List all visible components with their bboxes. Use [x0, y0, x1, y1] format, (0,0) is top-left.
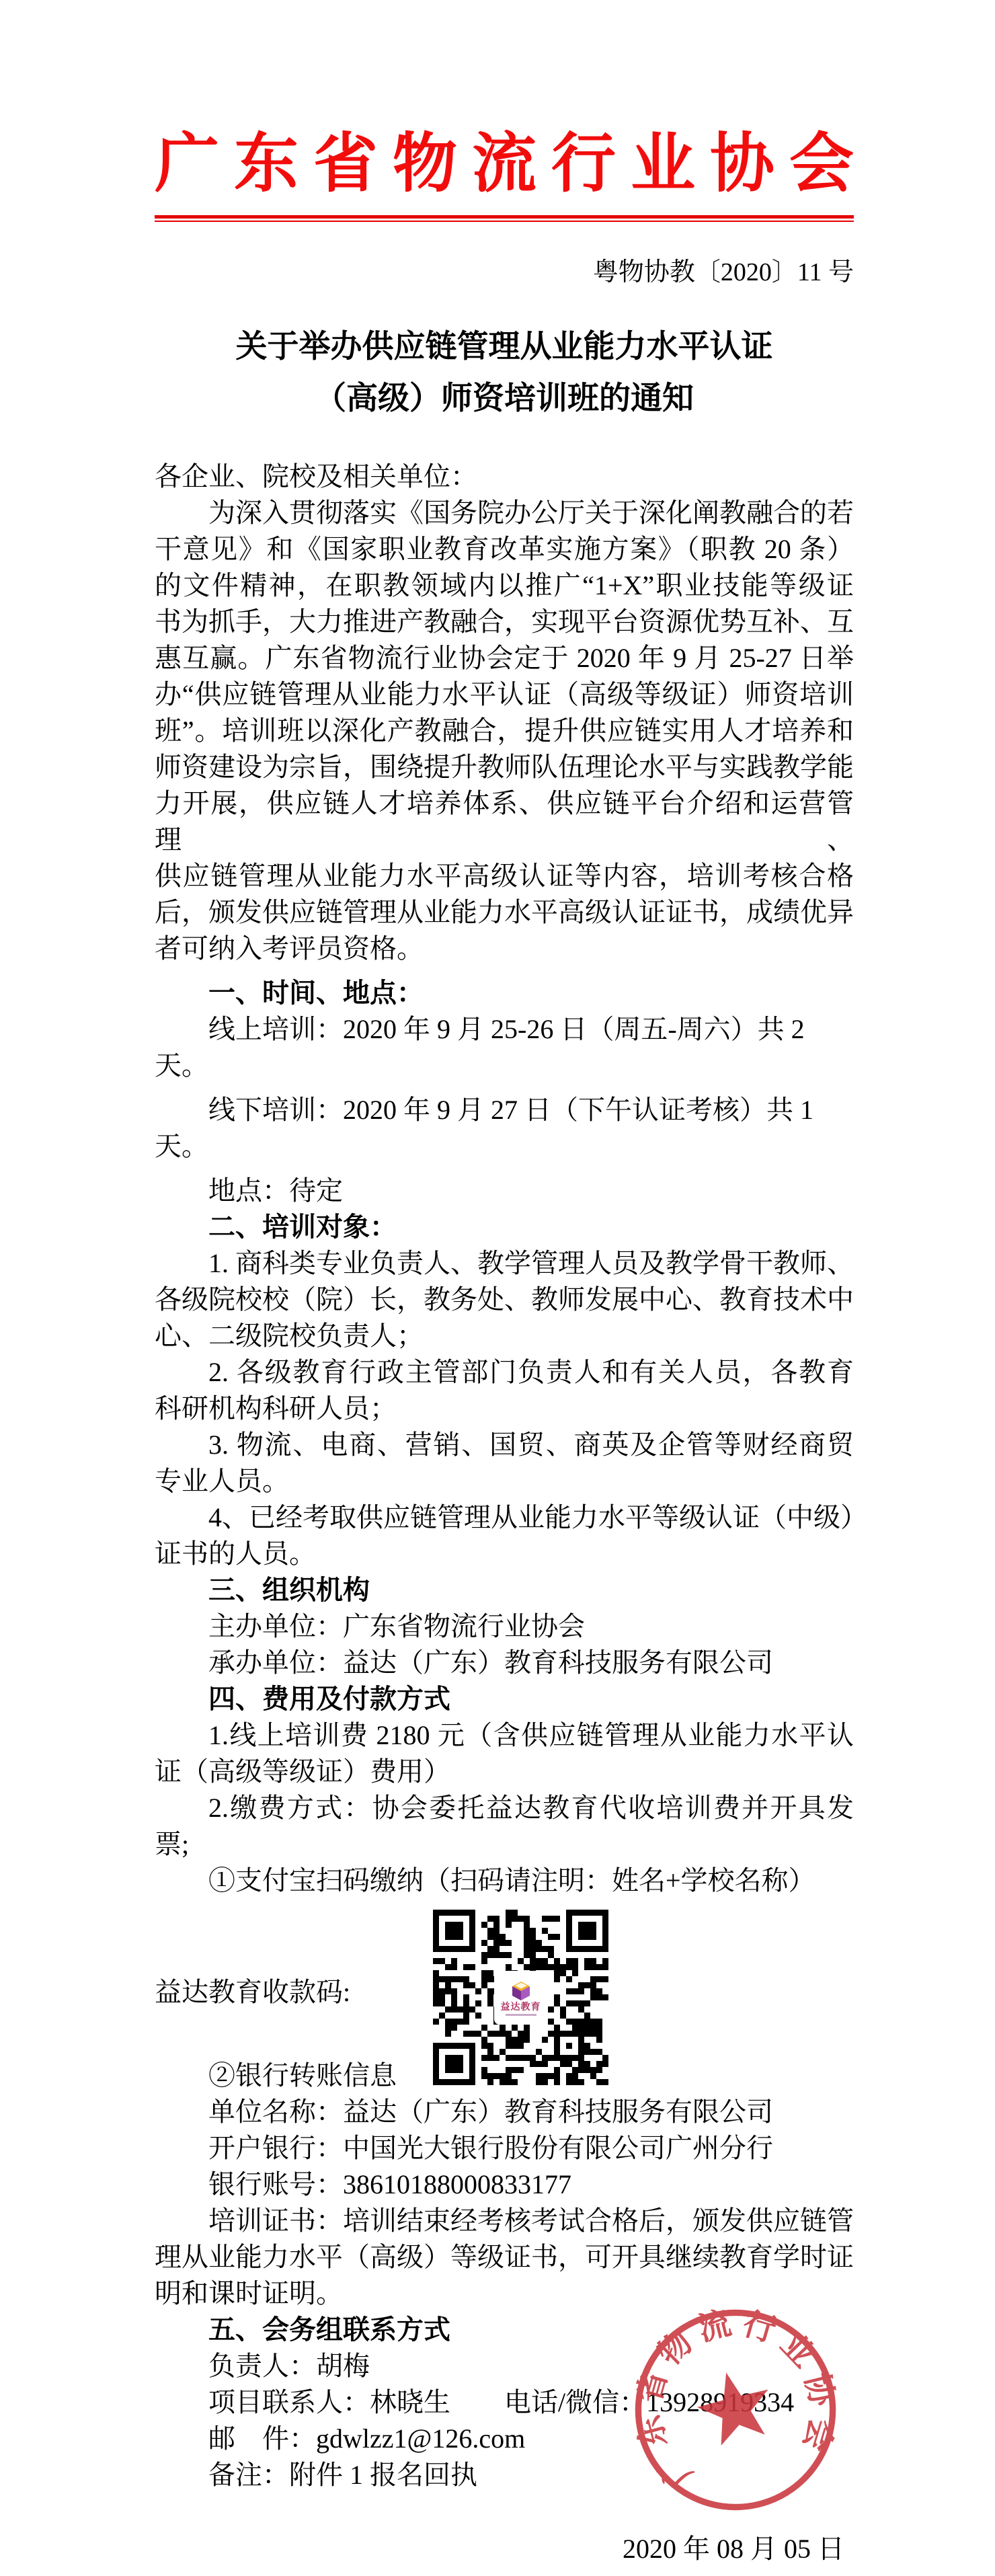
body-line: 力开展，供应链人才培养体系、供应链平台介绍和运营管理、	[155, 785, 854, 858]
body-line: 2.缴费方式：协会委托益达教育代收培训费并开具发	[155, 1790, 854, 1826]
body-line: 心、二级院校负责人；	[155, 1318, 854, 1354]
letterhead-rule	[155, 215, 854, 222]
qr-logo-text: 益达教育	[501, 2002, 541, 2013]
document-number: 粤物协教〔2020〕11 号	[155, 258, 854, 286]
letterhead-title: 广东省物流行业协会	[155, 129, 854, 199]
qr-logo-url-line	[506, 2014, 536, 2016]
body-line: ①支付宝扫码缴纳（扫码请注明：姓名+学校名称）	[155, 1863, 854, 1899]
notice-title-line2: （高级）师资培训班的通知	[155, 373, 854, 425]
body-line: 理从业能力水平（高级）等级证书，可开具继续教育学时证	[155, 2239, 854, 2275]
body-line: 书为抓手，大力推进产教融合，实现平台资源优势互补、互	[155, 604, 854, 640]
body-line: 票;	[155, 1826, 854, 1863]
qr-caption: 益达教育收款码:	[155, 1974, 350, 2011]
body-line: 供应链管理从业能力水平高级认证等内容，培训考核合格	[155, 858, 854, 894]
body-line: 培训证书：培训结束经考核考试合格后，颁发供应链管	[155, 2203, 854, 2239]
body-line: 开户银行：中国光大银行股份有限公司广州分行	[155, 2130, 854, 2167]
body-line: 3. 物流、电商、营销、国贸、商英及企管等财经商贸	[155, 1427, 854, 1463]
body-line: 承办单位：益达（广东）教育科技服务有限公司	[155, 1645, 854, 1681]
qr-center-logo: 益达教育	[494, 1971, 548, 2025]
body-line: 证（高级等级证）费用）	[155, 1754, 854, 1790]
document-content: 广东省物流行业协会 粤物协教〔2020〕11 号 关于举办供应链管理从业能力水平…	[155, 129, 854, 2567]
document-page: 广东省物流行业协会 粤物协教〔2020〕11 号 关于举办供应链管理从业能力水平…	[0, 0, 995, 2576]
body-line: 专业人员。	[155, 1463, 854, 1499]
body-line: 班”。培训班以深化产教融合，提升供应链实用人才培养和	[155, 713, 854, 749]
body-line: 2. 各级教育行政主管部门负责人和有关人员，各教育	[155, 1354, 854, 1391]
body-line: 一、时间、地点：	[155, 975, 854, 1011]
body-line: 的文件精神，在职教领域内以推广“1+X”职业技能等级证	[155, 568, 854, 604]
payment-qr-code: 益达教育	[433, 1910, 608, 2085]
notice-title-line1: 关于举办供应链管理从业能力水平认证	[155, 321, 854, 373]
body-line: 四、费用及付款方式	[155, 1681, 854, 1717]
body-line: 后，颁发供应链管理从业能力水平高级认证证书，成绩优异	[155, 894, 854, 931]
body-line: 证书的人员。	[155, 1536, 854, 1572]
body-line: 主办单位：广东省物流行业协会	[155, 1608, 854, 1645]
official-seal: 广东省物流行业协会	[631, 2305, 840, 2515]
document-body-upper: 各企业、院校及相关单位：为深入贯彻落实《国务院办公厅关于深化阐教融合的若干意见》…	[155, 459, 854, 1899]
body-line: 科研机构科研人员；	[155, 1391, 854, 1427]
notice-title: 关于举办供应链管理从业能力水平认证 （高级）师资培训班的通知	[155, 321, 854, 425]
body-line: 办“供应链管理从业能力水平认证（高级等级证）师资培训	[155, 676, 854, 713]
body-line: 1.线上培训费 2180 元（含供应链管理从业能力水平认	[155, 1717, 854, 1754]
body-line: 各企业、院校及相关单位：	[155, 459, 854, 495]
body-line: 各级院校校（院）长，教务处、教师发展中心、教育技术中	[155, 1282, 854, 1318]
body-line: 二、培训对象：	[155, 1209, 854, 1245]
yida-logo-icon	[508, 1980, 534, 2002]
body-line: 者可纳入考评员资格。	[155, 931, 854, 967]
body-line: 三、组织机构	[155, 1572, 854, 1608]
body-line: 干意见》和《国家职业教育改革实施方案》（职教 20 条）	[155, 531, 854, 568]
body-line: 银行账号：38610188000833177	[155, 2167, 854, 2203]
body-line: 线下培训：2020 年 9 月 27 日（下午认证考核）共 1 天。	[155, 1092, 854, 1165]
body-line: 4、已经考取供应链管理从业能力水平等级认证（中级）	[155, 1499, 854, 1536]
body-line: 1. 商科类专业负责人、教学管理人员及教学骨干教师、	[155, 1245, 854, 1282]
seal-star	[690, 2364, 779, 2449]
body-line: 线上培训：2020 年 9 月 25-26 日（周五-周六）共 2 天。	[155, 1011, 854, 1084]
body-line: 单位名称：益达（广东）教育科技服务有限公司	[155, 2094, 854, 2130]
payment-qr-section: 益达教育收款码: 益达教育	[155, 1902, 854, 2058]
body-line: 为深入贯彻落实《国务院办公厅关于深化阐教融合的若	[155, 495, 854, 531]
body-line: 惠互赢。广东省物流行业协会定于 2020 年 9 月 25-27 日举	[155, 640, 854, 676]
issue-date: 2020 年 08 月 05 日	[155, 2531, 854, 2567]
body-line: 师资建设为宗旨，围绕提升教师队伍理论水平与实践教学能	[155, 749, 854, 785]
body-line: 地点：待定	[155, 1173, 854, 1209]
